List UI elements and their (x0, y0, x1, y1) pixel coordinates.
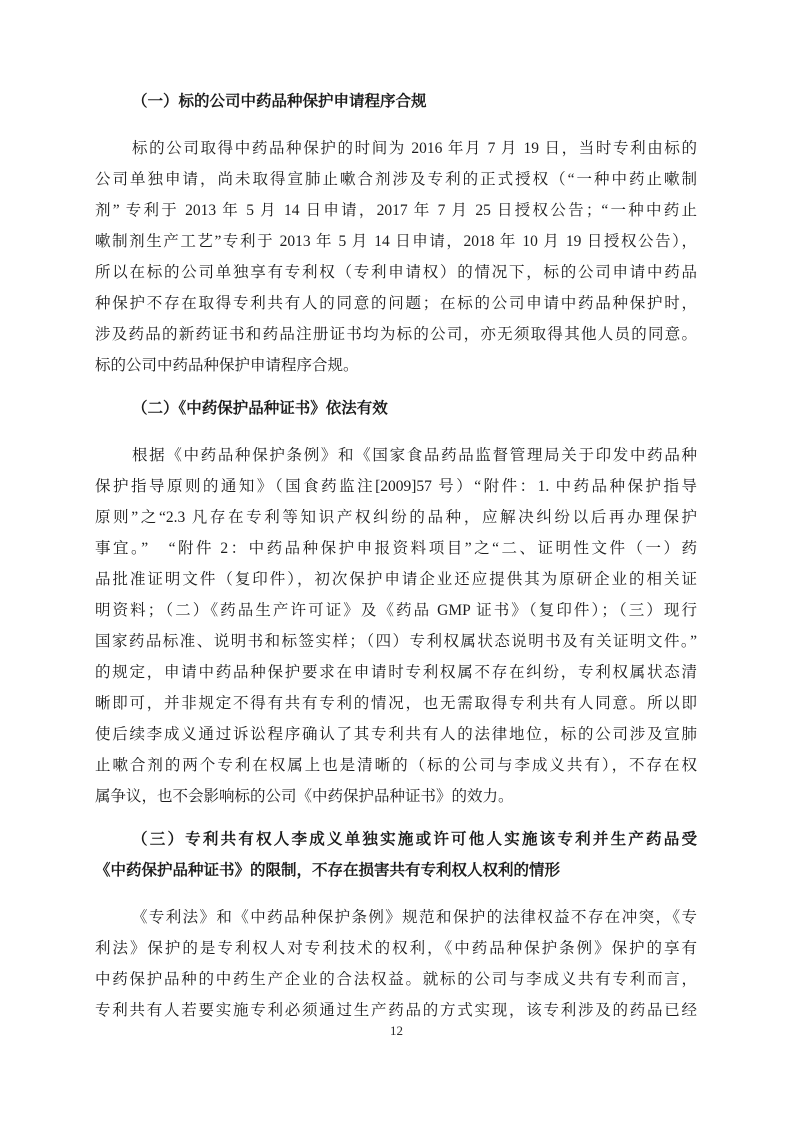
paragraph: 根据《中药品种保护条例》和《国家食品药品监督管理局关于印发中药品种保护指导原则的… (95, 440, 697, 812)
text-line: 止嗽合剂的两个专利在权属上也是清晰的（标的公司与李成义共有），不存在权 (95, 750, 697, 781)
text-line: 品批准证明文件（复印件），初次保护申请企业还应提供其为原研企业的相关证 (95, 564, 697, 595)
text-line: （二）《中药保护品种证书》依法有效 (95, 393, 697, 424)
text-line: 利法》保护的是专利权人对专利技术的权利，《中药品种保护条例》保护的享有 (95, 933, 697, 964)
text-line: 剂” 专利于 2013 年 5 月 14 日申请，2017 年 7 月 25 日… (95, 195, 697, 226)
text-line: 属争议，也不会影响标的公司《中药保护品种证书》的效力。 (95, 781, 697, 812)
text-line: 所以在标的公司单独享有专利权（专利申请权）的情况下，标的公司申请中药品 (95, 257, 697, 288)
section-heading: （二）《中药保护品种证书》依法有效 (95, 393, 697, 424)
text-line: 公司单独申请，尚未取得宣肺止嗽合剂涉及专利的正式授权（“一种中药止嗽制 (95, 164, 697, 195)
text-line: 标的公司中药品种保护申请程序合规。 (95, 350, 697, 381)
paragraph: 标的公司取得中药品种保护的时间为 2016 年月 7 月 19 日，当时专利由标… (95, 133, 697, 381)
text-line: 晰即可，并非规定不得有共有专利的情况，也无需取得专利共有人同意。所以即 (95, 688, 697, 719)
text-line: 事宜。” “附件 2：中药品种保护申报资料项目”之“二、证明性文件（一）药 (95, 533, 697, 564)
text-line: 保护指导原则的通知》（国食药监注[2009]57 号）“附件：1. 中药品种保护… (95, 471, 697, 502)
text-line: 涉及药品的新药证书和药品注册证书均为标的公司，亦无须取得其他人员的同意。 (95, 319, 697, 350)
text-line: 明资料；（二）《药品生产许可证》及《药品 GMP 证书》（复印件）；（三）现行 (95, 595, 697, 626)
text-line: 的规定，申请中药品种保护要求在申请时专利权属不存在纠纷，专利权属状态清 (95, 657, 697, 688)
text-line: 《专利法》和《中药品种保护条例》规范和保护的法律权益不存在冲突，《专 (95, 902, 697, 933)
section-heading: （一）标的公司中药品种保护申请程序合规 (95, 86, 697, 117)
text-line: （一）标的公司中药品种保护申请程序合规 (95, 86, 697, 117)
document-content: （一）标的公司中药品种保护申请程序合规标的公司取得中药品种保护的时间为 2016… (95, 86, 697, 1026)
text-line: 国家药品标准、说明书和标签实样；（四）专利权属状态说明书及有关证明文件。” (95, 626, 697, 657)
text-line: 种保护不存在取得专利共有人的同意的问题；在标的公司申请中药品种保护时， (95, 288, 697, 319)
text-line: 嗽制剂生产工艺”专利于 2013 年 5 月 14 日申请，2018 年 10 … (95, 226, 697, 257)
document-page: （一）标的公司中药品种保护申请程序合规标的公司取得中药品种保护的时间为 2016… (0, 0, 793, 1122)
text-line: 根据《中药品种保护条例》和《国家食品药品监督管理局关于印发中药品种 (95, 440, 697, 471)
paragraph: 《专利法》和《中药品种保护条例》规范和保护的法律权益不存在冲突，《专利法》保护的… (95, 902, 697, 1026)
text-line: （三）专利共有权人李成义单独实施或许可他人实施该专利并生产药品受 (95, 824, 697, 855)
text-line: 中药保护品种的中药生产企业的合法权益。就标的公司与李成义共有专利而言， (95, 964, 697, 995)
page-number: 12 (390, 1023, 403, 1038)
text-line: 标的公司取得中药品种保护的时间为 2016 年月 7 月 19 日，当时专利由标… (95, 133, 697, 164)
text-line: 《中药保护品种证书》的限制，不存在损害共有专利权人权利的情形 (95, 855, 697, 886)
section-heading: （三）专利共有权人李成义单独实施或许可他人实施该专利并生产药品受《中药保护品种证… (95, 824, 697, 886)
text-line: 使后续李成义通过诉讼程序确认了其专利共有人的法律地位，标的公司涉及宣肺 (95, 719, 697, 750)
text-line: 原则”之“2.3 凡存在专利等知识产权纠纷的品种，应解决纠纷以后再办理保护 (95, 502, 697, 533)
page-footer: 12 (0, 1022, 793, 1040)
